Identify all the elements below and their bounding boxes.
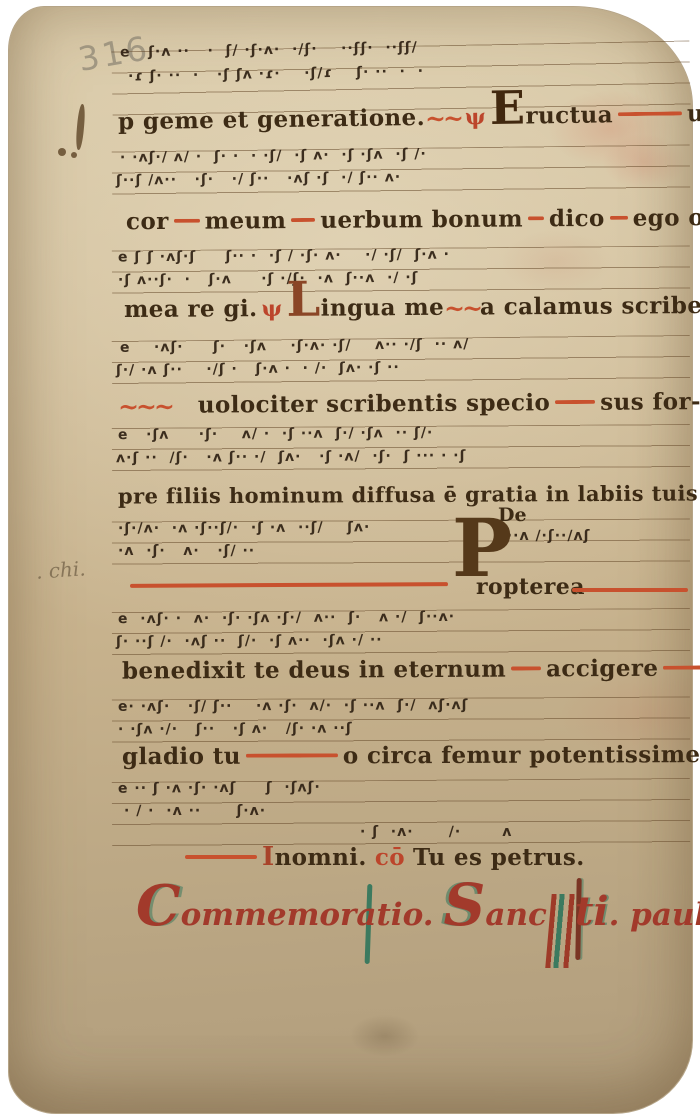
red-filler-line	[528, 216, 544, 220]
red-filler-line	[663, 665, 700, 669]
red-filler-line	[185, 855, 257, 859]
neume-row: · ∕ · ·ʌ ·· ʃ·ʌ·	[124, 803, 266, 819]
neume-row: ·ʃ·∕ʌ· ·ʌ ·ʃ··ʃ∕· ·ʃ ·ʌ ··ʃ∕ ʃʌ·	[118, 519, 370, 536]
psalm-sign: ψ	[465, 104, 486, 130]
red-squiggle: ~~~	[118, 392, 172, 421]
rubric-ct-ligature	[545, 894, 575, 968]
text-line: pre filiis hominum diffusa ē gratia in l…	[118, 480, 698, 508]
neume-row: e ·ʌʃ· · ʌ· ·ʃ· ·ʃʌ ·ʃ·∕ ʌ·· ʃ· ʌ ·∕ ʃ··…	[118, 609, 455, 627]
neume-row: · ·ʃʌ ·∕· ʃ·· ·ʃ ʌ· ∕ʃ· ·ʌ ··ʃ	[118, 720, 353, 737]
lyric-text: uerbum bonum	[320, 205, 523, 233]
lyric-text: ropterea	[476, 574, 585, 600]
text-line: benedixit te deus in eternum accigere	[122, 654, 700, 684]
neume-row: ʃ··ʌ ∕·ʃ··∕ʌʃ	[500, 528, 590, 544]
red-squiggle: ~~	[444, 294, 480, 323]
red-filler-line	[511, 666, 541, 670]
text-line: ropterea	[476, 574, 585, 600]
margin-note: . chi.	[35, 556, 86, 583]
rubric-text: . pauli.	[609, 897, 700, 933]
neume-row: ʃ· ··ʃ ∕· ·ʌʃ ·· ʃ∕· ·ʃ ʌ·· ·ʃʌ ·∕ ··	[116, 632, 383, 650]
ink-blot	[71, 152, 77, 158]
lyric-text: pre filiis hominum diffusa ē gratia in l…	[118, 480, 698, 508]
lyric-text: ego opera	[633, 204, 700, 232]
red-filler-line	[618, 111, 682, 116]
lyric-text: meum	[205, 207, 287, 235]
communion-abbrev: cō	[375, 844, 405, 871]
text-line: cor meum uerbum bonum dico ego opera	[126, 204, 700, 235]
psalm-sign: ψ	[261, 296, 282, 322]
lyric-text: uolociter scribentis specio	[198, 389, 551, 418]
neume-row: · ʃ ·ʌ· ∕· ʌ	[360, 824, 512, 840]
text-line: ~~~ uolociter scribentis specio sus for-…	[118, 386, 700, 419]
manuscript-photo: 316 . chi. e ʃ·ʌ ·· · ʃ∕ ·ʃ·ʌ· ·∕ʃ· ··ʃʃ…	[0, 0, 700, 1120]
neume-row: e ʃ ʃ ·ʌʃ·ʃ ʃ·· · ·ʃ ∕ ·ʃ· ʌ· ·∕ ·ʃ∕ ʃ·ʌ…	[118, 247, 450, 266]
neume-row: ·ʌ ·ʃ· ʌ· ·ʃ∕ ··	[118, 543, 255, 559]
lyric-text: ructua	[525, 101, 613, 129]
lyric-text: benedixit te deus in eternum	[122, 656, 506, 685]
lyric-text: sus for-ma	[600, 388, 700, 416]
lyric-text: uit	[687, 100, 700, 128]
lyric-text: nomni.	[275, 844, 367, 871]
red-filler-line	[610, 216, 628, 220]
rubric-text: ti	[575, 888, 609, 935]
rubric-text: ommemoratio.	[181, 897, 434, 933]
neume-row: ʌ·ʃ ·· ∕ʃ· ·ʌ ʃ·· ·∕ ʃʌ· ·ʃ ·ʌ∕ ·ʃ· ʃ ··…	[116, 448, 467, 466]
red-filler-line	[246, 753, 338, 757]
neume-row: e ·· ʃ ·ʌ ·ʃ· ·ʌʃ ʃ ·ʃʌʃ·	[118, 779, 321, 796]
neume-row: e· ·ʌʃ· ·ʃ∕ ʃ·· ·ʌ ·ʃ· ʌ∕· ·ʃ ··ʌ ʃ·∕ ʌʃ…	[118, 697, 469, 715]
lyric-text: mea re gi.	[124, 295, 258, 323]
lyric-text: cor	[126, 208, 169, 235]
lyric-text: ingua me	[321, 294, 445, 322]
red-filler-line	[555, 400, 595, 404]
lyric-text: Tu es petrus.	[413, 844, 585, 871]
lyric-text: a calamus scribe	[480, 292, 700, 321]
neume-row: ·ʃ ʌ··ʃ· · ʃ·ʌ ·ʃ ·∕ʃ· ·ʌ ʃ··ʌ ·∕ ·ʃ	[118, 270, 419, 289]
red-filler-line	[174, 219, 200, 223]
rubric-line: C ommemoratio. S anc ti . pauli.	[136, 888, 700, 962]
lyric-text: p geme et generatione.	[118, 104, 425, 135]
neume-row: ʃ·∕ ·ʌ ʃ·· ·∕ʃ · ʃ·ʌ · · ∕· ʃʌ· ·ʃ ··	[116, 360, 400, 379]
lyric-text: dico	[549, 205, 605, 232]
text-line: mea re gi. ψ L ingua me ~~ a calamus scr…	[124, 290, 700, 323]
lyric-text: accigere	[546, 655, 658, 683]
lyric-text: o circa femur potentissime	[343, 741, 700, 769]
text-line: I nomni. cō Tu es petrus.	[180, 844, 585, 871]
red-squiggle: ~~	[425, 103, 461, 132]
ink-blot	[58, 148, 66, 156]
lyric-text: gladio tu	[122, 743, 241, 770]
red-filler-line	[572, 588, 688, 592]
neume-row: e ·ʃʌ ·ʃ· ʌ∕ · ·ʃ ··ʌ ʃ·∕ ·ʃʌ ·· ʃ∕·	[118, 425, 433, 443]
rubric-text: anc	[485, 897, 547, 933]
red-filler-line	[291, 218, 315, 222]
text-line: gladio tu o circa femur potentissime	[122, 741, 700, 770]
